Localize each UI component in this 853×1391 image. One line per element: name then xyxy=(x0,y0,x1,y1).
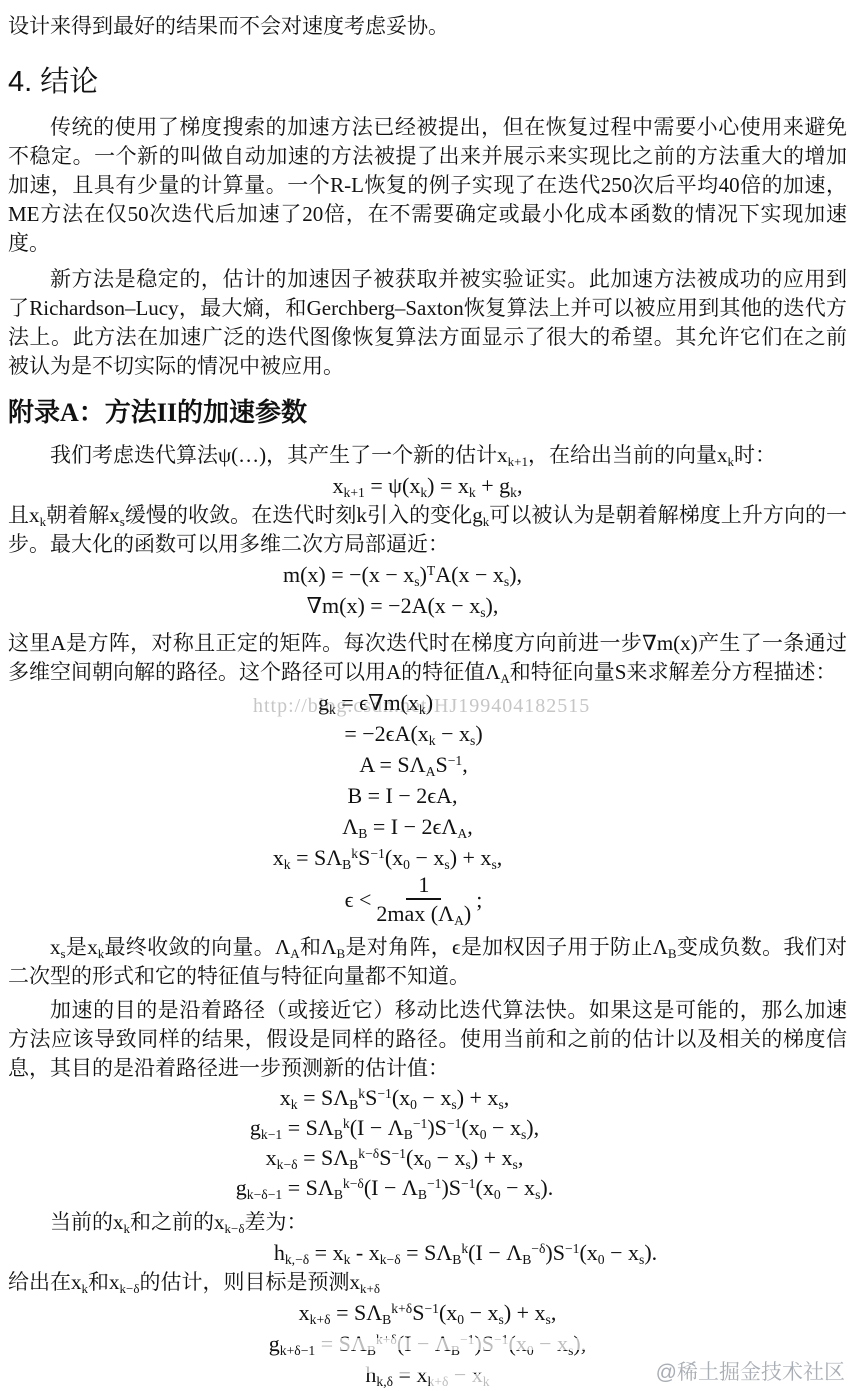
epsilon-suffix: ; xyxy=(476,884,482,915)
paragraph-conclusion-1: 传统的使用了梯度搜索的加速方法已经被提出，但在恢复过程中需要小心使用来避免不稳定… xyxy=(8,113,847,258)
paragraph-convergence: 且xk朝着解xs缓慢的收敛。在迭代时刻k引入的变化gk可以被认为是朝着解梯度上升… xyxy=(8,501,847,559)
derivation-block: gk = ϵ∇m(xk) = −2ϵA(xk − xs) A = SΛAS−1,… xyxy=(8,687,847,925)
paragraph-goal: 加速的目的是沿着路径（或接近它）移动比迭代算法快。如果这是可能的，那么加速方法应… xyxy=(8,996,847,1083)
equation-quadratic: m(x) = −(x − xs)TA(x − xs), xyxy=(0,559,822,590)
paragraph-diagonal: xs是xk最终收敛的向量。ΛA和ΛB是对角阵，ϵ是加权因子用于防止ΛB变成负数。… xyxy=(8,933,847,991)
equation-lambda-B: ΛB = I − 2ϵΛA, xyxy=(0,811,827,842)
prediction-block: xk = SΛBkS−1(x0 − xs) + xs, gk−1 = SΛBk(… xyxy=(0,1083,814,1203)
equation-gk-expanded: = −2ϵA(xk − xs) xyxy=(0,718,833,749)
equation-B-matrix: B = I − 2ϵA, xyxy=(0,780,822,811)
equation-iteration: xk+1 = ψ(xk) = xk + gk, xyxy=(8,470,847,501)
fraction-denominator: 2max (ΛA) xyxy=(376,900,471,926)
equation-xk-path: xk = SΛBkS−1(x0 − xs) + xs, xyxy=(0,1083,814,1113)
equation-epsilon-bound: ϵ < 12max (ΛA); xyxy=(0,873,833,925)
equation-gk: gk = ϵ∇m(xk) xyxy=(0,687,795,718)
section-heading-conclusion: 4. 结论 xyxy=(8,62,847,102)
equation-difference: hk,−δ = xk - xk−δ = SΛBk(I − ΛB−δ)S−1(x0… xyxy=(46,1237,853,1268)
paragraph-predict: 给出在xk和xk−δ的估计，则目标是预测xk+δ xyxy=(8,1268,847,1297)
equation-xk-plus-delta: xk+δ = SΛBk+δS−1(x0 − xs) + xs, xyxy=(8,1297,847,1328)
equation-xk-minus-delta: xk−δ = SΛBk−δS−1(x0 − xs) + xs, xyxy=(0,1143,814,1173)
fraction-numerator: 1 xyxy=(406,872,441,900)
paragraph-conclusion-2: 新方法是稳定的，估计的加速因子被获取并被实验证实。此加速方法被成功的应用到了Ri… xyxy=(8,265,847,381)
epsilon-prefix: ϵ < xyxy=(345,884,372,915)
white-overlay-patch xyxy=(320,1338,750,1350)
paragraph-appendix-intro: 我们考虑迭代算法ψ(…)，其产生了一个新的估计xk+1，在给出当前的向量xk时： xyxy=(8,441,847,470)
equation-gradient: ∇m(x) = −2A(x − xs), xyxy=(0,590,822,621)
equation-gk-minus-1: gk−1 = SΛBk(I − ΛB−1)S−1(x0 − xs), xyxy=(0,1113,814,1143)
equation-gk-minus-delta-1: gk−δ−1 = SΛBk−δ(I − ΛB−1)S−1(x0 − xs). xyxy=(0,1173,814,1203)
equation-eigendecomposition: A = SΛAS−1, xyxy=(0,749,833,780)
fraction: 12max (ΛA) xyxy=(376,872,471,927)
appendix-heading: 附录A：方法II的加速参数 xyxy=(8,395,847,431)
paragraph-matrix: 这里A是方阵，对称且正定的矩阵。每次迭代时在梯度方向前进一步∇m(x)产生了一条… xyxy=(8,629,847,687)
paragraph-difference: 当前的xk和之前的xk−δ差为： xyxy=(8,1208,847,1237)
paragraph-leading: 设计来得到最好的结果而不会对速度考虑妥协。 xyxy=(8,12,847,41)
document-page: 设计来得到最好的结果而不会对速度考虑妥协。 4. 结论 传统的使用了梯度搜索的加… xyxy=(0,0,853,1390)
equation-xk-closed-form: xk = SΛBkS−1(x0 − xs) + xs, xyxy=(0,842,807,873)
watermark-juejin-community: @稀土掘金技术社区 xyxy=(656,1356,845,1386)
